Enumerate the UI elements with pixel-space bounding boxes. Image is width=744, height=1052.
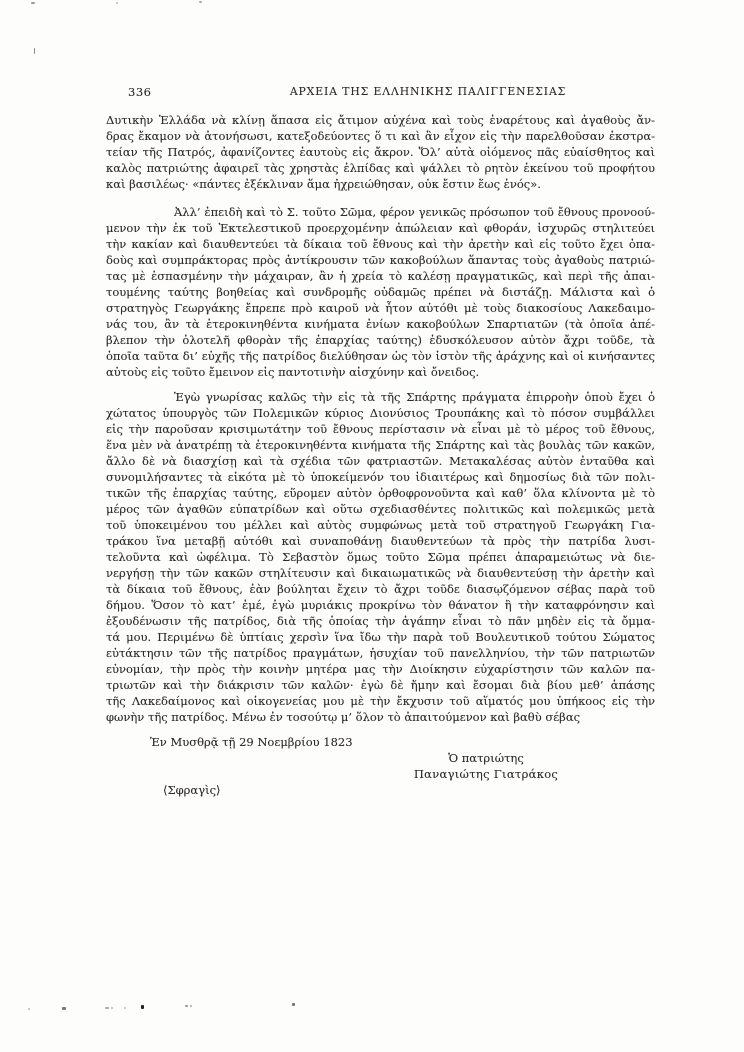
scan-speck [105, 1007, 109, 1009]
text-line: δρας ἔκαμον νὰ ἀτονήσωσι, κατεξοδεύοντες… [106, 128, 655, 144]
paragraph: Ἐγὼ γνωρίσας καλῶς τὴν εἰς τὰ τῆς Σπάρτη… [106, 389, 655, 725]
signature-block: Ὁ πατριώτης Παναγιώτης Γιατράκος [346, 750, 626, 782]
text-line: τῆς Λακεδαίμονος καὶ οἰκογενείας μου μὲ … [106, 693, 655, 709]
scan-speck [28, 1008, 30, 1010]
text-line: τοῦ ὑποκειμένου του μέλλει καὶ αὐτὸς συμ… [106, 517, 655, 533]
text-line: βλεπον τὴν ὁλοτελῆ φθορὰν τῆς ἐπαρχίας τ… [106, 332, 655, 348]
scan-speck [111, 1007, 113, 1009]
text-line: δήμου. Ὅσον τὸ κατ’ ἐμέ, ἐγὼ μυριάκις πρ… [106, 597, 655, 613]
text-line: στρατηγὸς Γεωργάκης ἔπρεπε πρὸ καιροῦ νὰ… [106, 300, 655, 316]
scan-speck [185, 1005, 188, 1007]
paragraph: Δυτικὴν Ἑλλάδα νὰ κλίνῃ ἅπασα εἰς ἄτιμον… [106, 112, 655, 192]
text-line: μέρος τῶν ἀγαθῶν εὐπατρίδων καὶ οὕτω σχε… [106, 501, 655, 517]
text-line: ὁποῖα ταῦτα δι’ εὐχῆς τῆς πατρίδος διελύ… [106, 348, 655, 364]
text-line: νάς του, ἂν τὰ ἑτεροκινηθέντα κινήματα ἐ… [106, 316, 655, 332]
text-line: Ἀλλ’ ἐπειδὴ καὶ τὸ Σ. τοῦτο Σῶμα, φέρον … [106, 204, 655, 220]
text-line: τελοῦντα καὶ ὠφέλιμα. Τὸ Σεβαστὸν ὅμως τ… [106, 549, 655, 565]
text-line: καὶ βασιλέως· «πάντες ἐξέκλιναν ἅμα ἠχρε… [106, 176, 655, 192]
scan-speck [124, 1007, 126, 1009]
scan-speck [116, 2, 118, 4]
paragraph: Ἀλλ’ ἐπειδὴ καὶ τὸ Σ. τοῦτο Σῶμα, φέρον … [106, 204, 655, 380]
page-header: 336 ΑΡΧΕΙΑ ΤΗΣ ΕΛΛΗΝΙΚΗΣ ΠΑΛΙΓΓΕΝΕΣΙΑΣ [106, 84, 655, 100]
text-line: φωνὴν τῆς πατρίδος. Μένω ἐν τοσούτῳ μ’ ὅ… [106, 709, 655, 725]
scan-speck [190, 1005, 192, 1007]
scan-speck [31, 2, 35, 4]
text-line: τουμένης ταύτης βοηθείας καὶ συνδρομῆς ο… [106, 284, 655, 300]
text-line: ἕνα μὲν νὰ ἀνατρέπῃ τὰ ἑτεροκινηθέντα κι… [106, 437, 655, 453]
scan-speck [34, 48, 35, 54]
text-line: εἰς τὴν παροῦσαν κρισιμωτάτην τοῦ ἔθνους… [106, 421, 655, 437]
text-line: Δυτικὴν Ἑλλάδα νὰ κλίνῃ ἅπασα εἰς ἄτιμον… [106, 112, 655, 128]
page-number: 336 [128, 84, 151, 100]
dateline: Ἐν Μυσθρᾷ τῇ 29 Νοεμβρίου 1823 [106, 734, 655, 750]
scan-speck [292, 1003, 295, 1006]
text-line: ἄλλο δὲ νὰ διασχίσῃ καὶ τὰ σχέδια τῶν φα… [106, 453, 655, 469]
text-line: τά μου. Περιμένω δὲ ὑπτίαις χερσὶν ἵνα ἴ… [106, 629, 655, 645]
text-line: τὰ δίκαια τοῦ ἔθνους, ἐὰν βούληται ἔχειν… [106, 581, 655, 597]
document-body: Δυτικὴν Ἑλλάδα νὰ κλίνῃ ἅπασα εἰς ἄτιμον… [106, 112, 655, 798]
text-line: τας μὲ ἑσπασμένην τὴν μάχαιραν, ἂν ἡ χρε… [106, 268, 655, 284]
text-line: τριωτῶν καὶ τὴν διάκρισιν τῶν καλῶν· ἐγὼ… [106, 677, 655, 693]
scan-speck [62, 1007, 66, 1010]
text-line: δοὺς καὶ συμπράκτορας πρὸς ἀντίκρουσιν τ… [106, 252, 655, 268]
scan-speck [141, 1005, 144, 1009]
text-line: συνομιλήσαντες τὰ εἰκότα μὲ τὸ ὑποκείμεν… [106, 469, 655, 485]
text-line: τράκου ἵνα μεταβῇ αὐτόθι καὶ συναποθάνῃ … [106, 533, 655, 549]
signature-role: Ὁ πατριώτης [346, 750, 626, 766]
text-line: τὴν κακίαν καὶ διαυθεντεύει τὰ δίκαια το… [106, 236, 655, 252]
text-line: εὐνομίαν, τὴν πρὸς τὴν κοινὴν μητέρα μας… [106, 661, 655, 677]
scan-speck [199, 1, 202, 3]
text-line: τικῶν τῆς ἐπαρχίας ταύτης, εὕρομεν αὐτὸν… [106, 485, 655, 501]
book-page: 336 ΑΡΧΕΙΑ ΤΗΣ ΕΛΛΗΝΙΚΗΣ ΠΑΛΙΓΓΕΝΕΣΙΑΣ Δ… [0, 0, 744, 1052]
signature-name: Παναγιώτης Γιατράκος [346, 766, 626, 782]
text-line: χώτατος ὑπουργὸς τῶν Πολεμικῶν κύριος Δι… [106, 405, 655, 421]
text-line: μενον τὴν ἐκ τοῦ Ἐκτελεστικοῦ προερχομέν… [106, 220, 655, 236]
seal-note: ⟨Σφραγὶς⟩ [106, 782, 655, 798]
text-line: Ἐγὼ γνωρίσας καλῶς τὴν εἰς τὰ τῆς Σπάρτη… [106, 389, 655, 405]
text-line: εὐτάκτησιν τῶν τῆς πατρίδος πραγμάτων, ἡ… [106, 645, 655, 661]
text-line: νεργήσῃ τὴν τῶν κακῶν στηλίτευσιν καὶ δι… [106, 565, 655, 581]
text-line: τείαν τῆς Πατρός, ἀφανίζοντες ἑαυτοὺς εἰ… [106, 144, 655, 160]
running-title: ΑΡΧΕΙΑ ΤΗΣ ΕΛΛΗΝΙΚΗΣ ΠΑΛΙΓΓΕΝΕΣΙΑΣ [290, 84, 566, 100]
text-line: ἐξουδένωσιν τῆς πατρίδος, διὰ τῆς ὁποίας… [106, 613, 655, 629]
text-line: αὐτοὺς εἰς τοῦτο ἔμεινον εἰς παντοτινὴν … [106, 364, 655, 380]
text-line: καλὸς πατριώτης ἀφαιρεῖ τὰς χρηστὰς ἐλπί… [106, 160, 655, 176]
